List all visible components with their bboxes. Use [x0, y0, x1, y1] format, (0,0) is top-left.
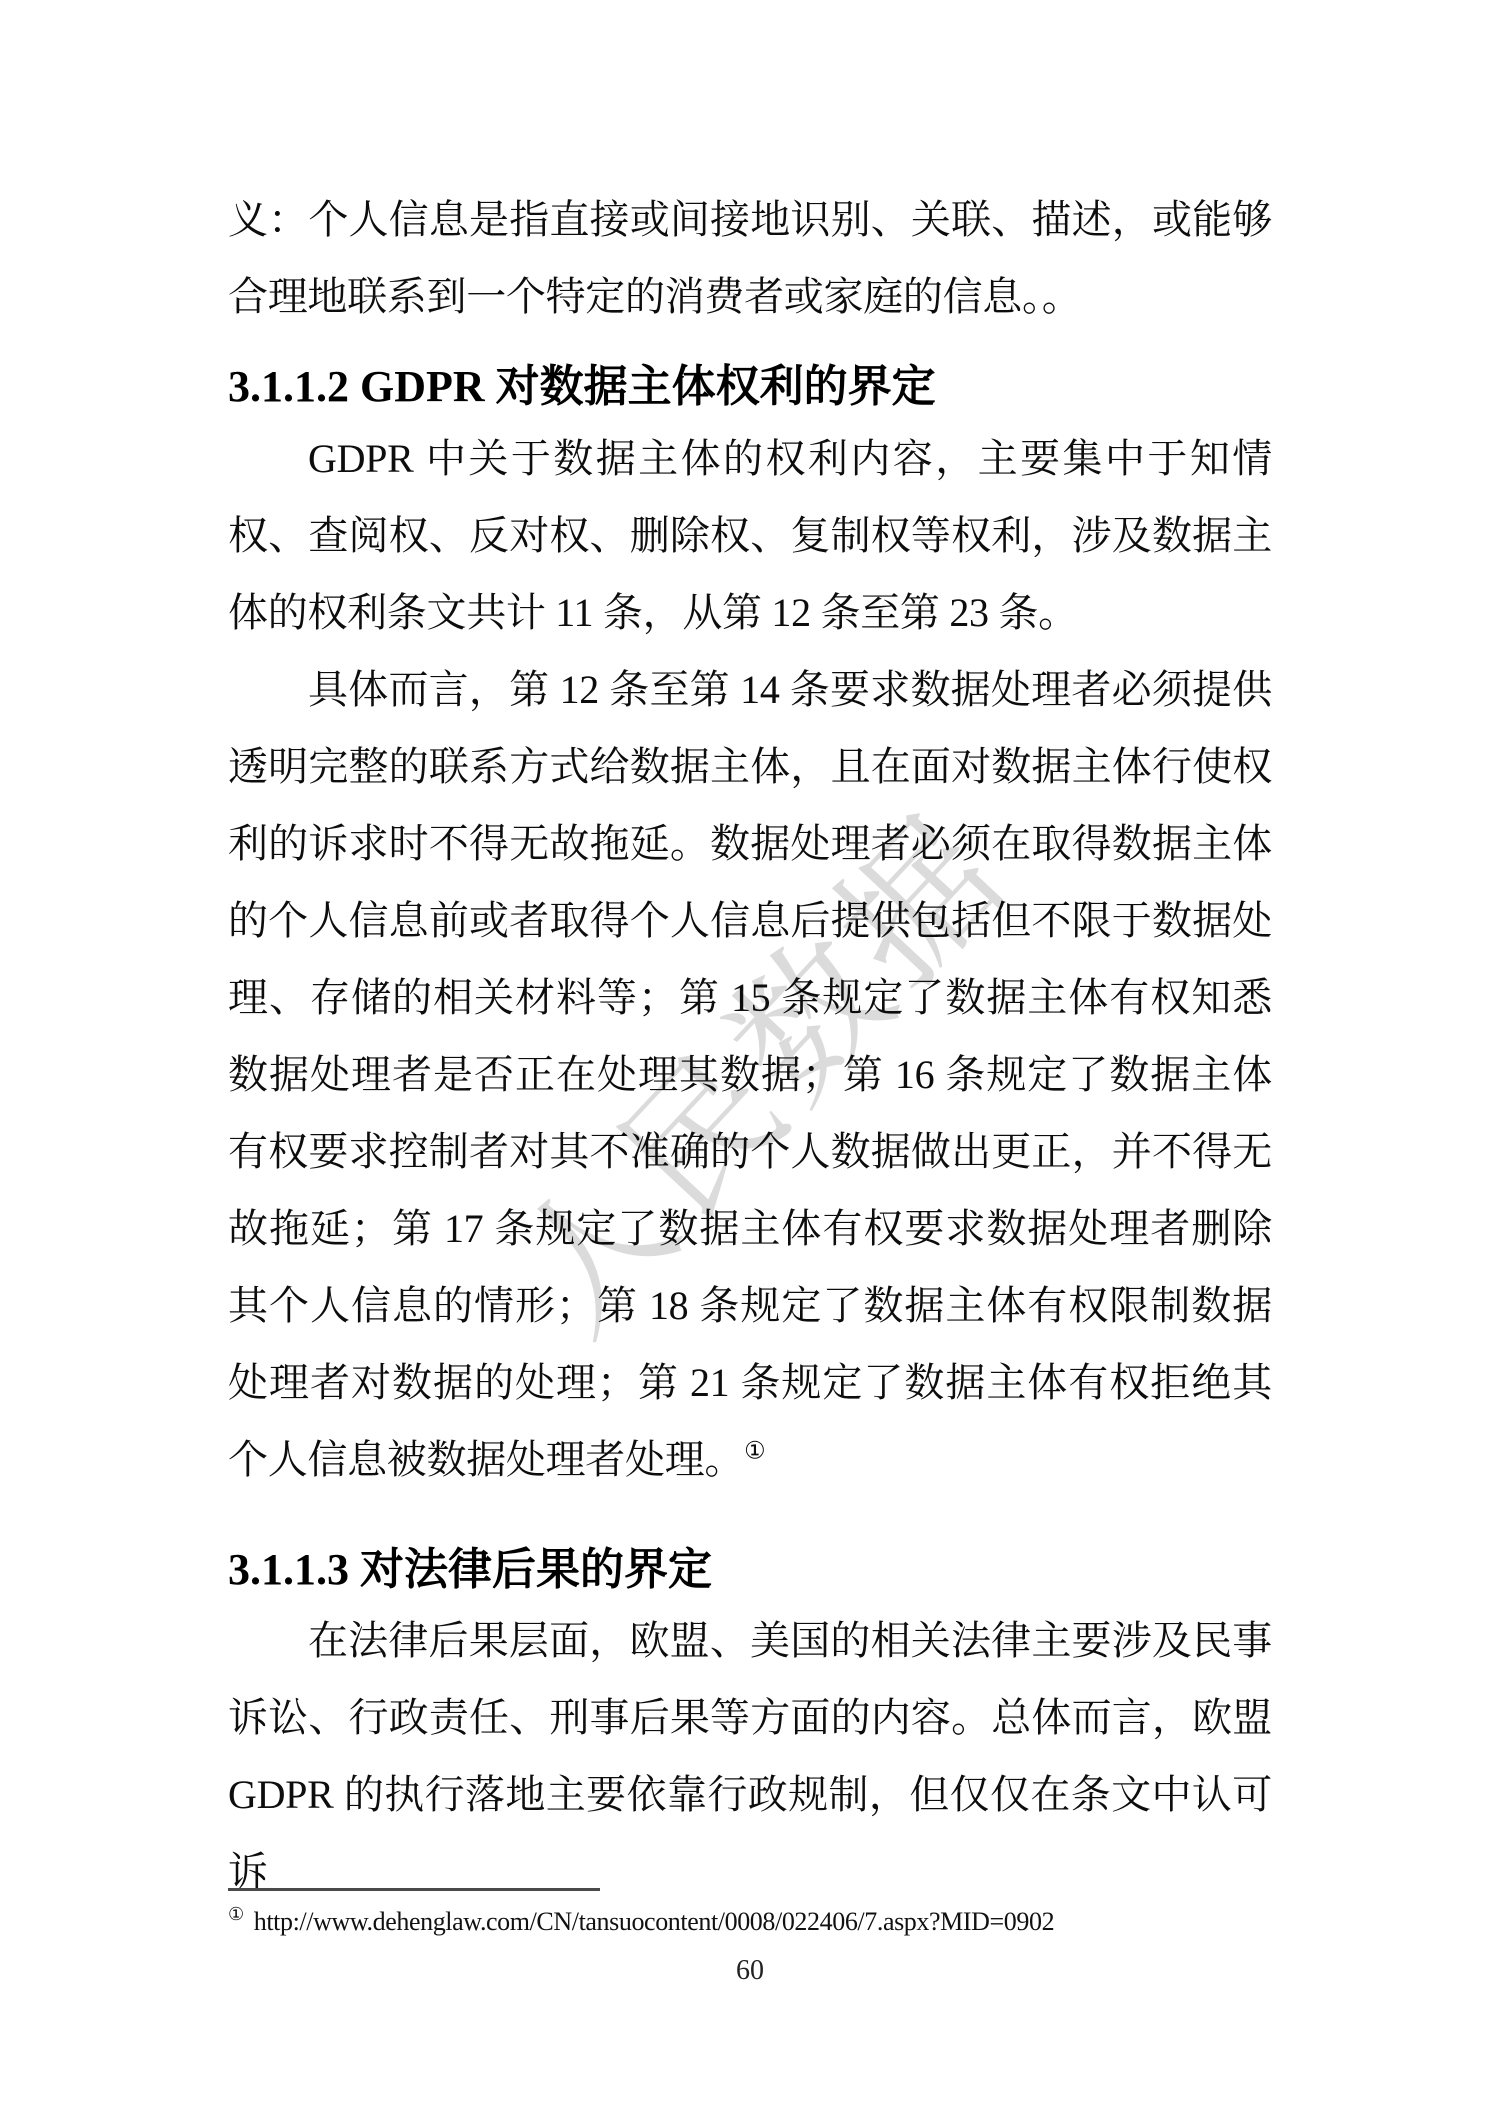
page-number: 60: [0, 1954, 1500, 1988]
footnote-marker: ①: [228, 1904, 244, 1924]
footnote-url: http://www.dehenglaw.com/CN/tansuoconten…: [254, 1907, 1054, 1936]
heading-3-1-1-3: 3.1.1.3 对法律后果的界定: [228, 1540, 1272, 1600]
heading-3-1-1-2: 3.1.1.2 GDPR 对数据主体权利的界定: [228, 357, 1272, 417]
paragraph-gdpr-rights-overview: GDPR 中关于数据主体的权利内容，主要集中于知情权、查阅权、反对权、删除权、复…: [228, 420, 1272, 651]
footnote: ①http://www.dehenglaw.com/CN/tansuoconte…: [228, 1905, 1328, 1939]
footnote-reference-mark: ①: [744, 1439, 766, 1465]
document-body: 义：个人信息是指直接或间接地识别、关联、描述，或能够合理地联系到一个特定的消费者…: [228, 181, 1272, 1910]
paragraph-legal-consequences: 在法律后果层面，欧盟、美国的相关法律主要涉及民事诉讼、行政责任、刑事后果等方面的…: [228, 1602, 1272, 1910]
paragraph-gdpr-articles-detail: 具体而言，第 12 条至第 14 条要求数据处理者必须提供透明完整的联系方式给数…: [228, 651, 1272, 1498]
footnote-separator-line: [228, 1888, 600, 1891]
document-page: 人民数据 义：个人信息是指直接或间接地识别、关联、描述，或能够合理地联系到一个特…: [0, 0, 1500, 2121]
paragraph-gdpr-articles-detail-text: 具体而言，第 12 条至第 14 条要求数据处理者必须提供透明完整的联系方式给数…: [228, 667, 1272, 1482]
paragraph-continuation: 义：个人信息是指直接或间接地识别、关联、描述，或能够合理地联系到一个特定的消费者…: [228, 181, 1272, 335]
